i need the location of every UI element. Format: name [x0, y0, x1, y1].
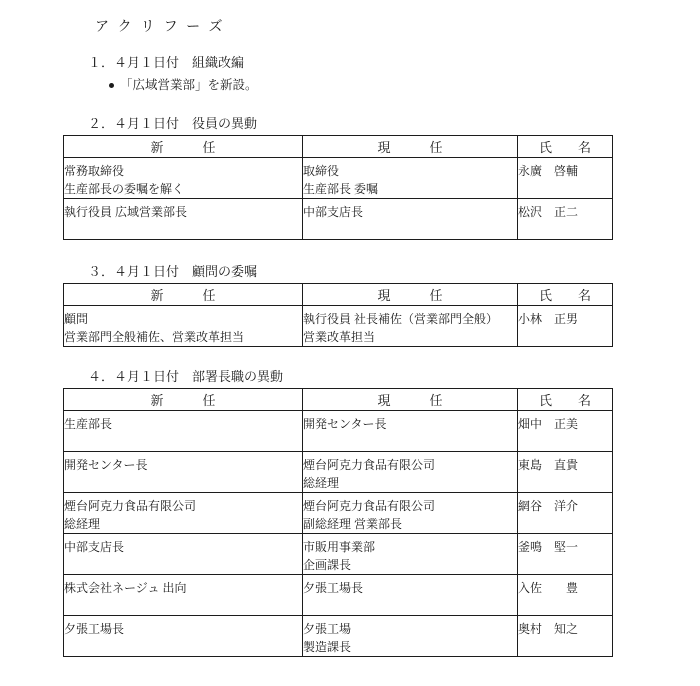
- table-row: 執行役員 広域営業部長 中部支店長 松沢 正二: [64, 199, 613, 240]
- cell-new-position: 中部支店長: [64, 534, 303, 575]
- table-row: 株式会社ネージュ 出向 夕張工場長 入佐 豊: [64, 575, 613, 616]
- document-page: アクリフーズ １．４月１日付 組織改編 「広域営業部」を新設。 ２．４月１日付 …: [0, 0, 700, 657]
- cell-new-position: 夕張工場長: [64, 616, 303, 657]
- cell-current-position: 煙台阿克力食品有限公司 副総経理 営業部長: [303, 493, 518, 534]
- column-header-current-position: 現 任: [303, 136, 518, 158]
- cell-new-position: 執行役員 広域営業部長: [64, 199, 303, 240]
- cell-current-position: 開発センター長: [303, 411, 518, 452]
- cell-name: 奥村 知之: [518, 616, 613, 657]
- cell-new-position: 顧問 営業部門全般補佐、営業改革担当: [64, 306, 303, 347]
- page-title: アクリフーズ: [95, 18, 700, 38]
- column-header-current-position: 現 任: [303, 389, 518, 411]
- column-header-current-position: 現 任: [303, 284, 518, 306]
- bullet-text: 「広域営業部」を新設。: [120, 77, 258, 94]
- column-header-new-position: 新 任: [64, 136, 303, 158]
- executives-change-table: 新 任 現 任 氏 名 常務取締役 生産部長の委嘱を解く 取締役 生産部長 委嘱…: [63, 135, 613, 240]
- section-4-heading: ４．４月１日付 部署長職の異動: [88, 369, 700, 385]
- cell-new-position: 開発センター長: [64, 452, 303, 493]
- table-row: 煙台阿克力食品有限公司 総経理 煙台阿克力食品有限公司 副総経理 営業部長 網谷…: [64, 493, 613, 534]
- new-department-bullet-item: 「広域営業部」を新設。: [109, 77, 700, 94]
- cell-name: 釜鳴 堅一: [518, 534, 613, 575]
- cell-name: 松沢 正二: [518, 199, 613, 240]
- table-row: 中部支店長 市販用事業部 企画課長 釜鳴 堅一: [64, 534, 613, 575]
- cell-name: 永廣 啓輔: [518, 158, 613, 199]
- section-1-heading: １．４月１日付 組織改編: [88, 55, 700, 71]
- column-header-name: 氏 名: [518, 136, 613, 158]
- column-header-name: 氏 名: [518, 389, 613, 411]
- cell-current-position: 取締役 生産部長 委嘱: [303, 158, 518, 199]
- cell-current-position: 中部支店長: [303, 199, 518, 240]
- cell-name: 東島 直貴: [518, 452, 613, 493]
- section-2-heading: ２．４月１日付 役員の異動: [88, 116, 700, 132]
- cell-current-position: 煙台阿克力食品有限公司 総経理: [303, 452, 518, 493]
- section-3-heading: ３．４月１日付 顧問の委嘱: [88, 264, 700, 280]
- column-header-new-position: 新 任: [64, 284, 303, 306]
- cell-current-position: 市販用事業部 企画課長: [303, 534, 518, 575]
- cell-current-position: 夕張工場 製造課長: [303, 616, 518, 657]
- advisor-appointment-table: 新 任 現 任 氏 名 顧問 営業部門全般補佐、営業改革担当 執行役員 社長補佐…: [63, 283, 613, 347]
- cell-name: 網谷 洋介: [518, 493, 613, 534]
- table-header-row: 新 任 現 任 氏 名: [64, 284, 613, 306]
- column-header-name: 氏 名: [518, 284, 613, 306]
- cell-new-position: 煙台阿克力食品有限公司 総経理: [64, 493, 303, 534]
- table-header-row: 新 任 現 任 氏 名: [64, 389, 613, 411]
- cell-new-position: 株式会社ネージュ 出向: [64, 575, 303, 616]
- table-row: 生産部長 開発センター長 畑中 正美: [64, 411, 613, 452]
- table-row: 常務取締役 生産部長の委嘱を解く 取締役 生産部長 委嘱 永廣 啓輔: [64, 158, 613, 199]
- cell-current-position: 執行役員 社長補佐（営業部門全般） 営業改革担当: [303, 306, 518, 347]
- table-header-row: 新 任 現 任 氏 名: [64, 136, 613, 158]
- cell-current-position: 夕張工場長: [303, 575, 518, 616]
- table-row: 顧問 営業部門全般補佐、営業改革担当 執行役員 社長補佐（営業部門全般） 営業改…: [64, 306, 613, 347]
- table-row: 開発センター長 煙台阿克力食品有限公司 総経理 東島 直貴: [64, 452, 613, 493]
- cell-new-position: 生産部長: [64, 411, 303, 452]
- cell-new-position: 常務取締役 生産部長の委嘱を解く: [64, 158, 303, 199]
- cell-name: 入佐 豊: [518, 575, 613, 616]
- column-header-new-position: 新 任: [64, 389, 303, 411]
- cell-name: 小林 正男: [518, 306, 613, 347]
- bullet-icon: [109, 83, 114, 88]
- cell-name: 畑中 正美: [518, 411, 613, 452]
- department-managers-change-table: 新 任 現 任 氏 名 生産部長 開発センター長 畑中 正美: [63, 388, 613, 657]
- table-row: 夕張工場長 夕張工場 製造課長 奥村 知之: [64, 616, 613, 657]
